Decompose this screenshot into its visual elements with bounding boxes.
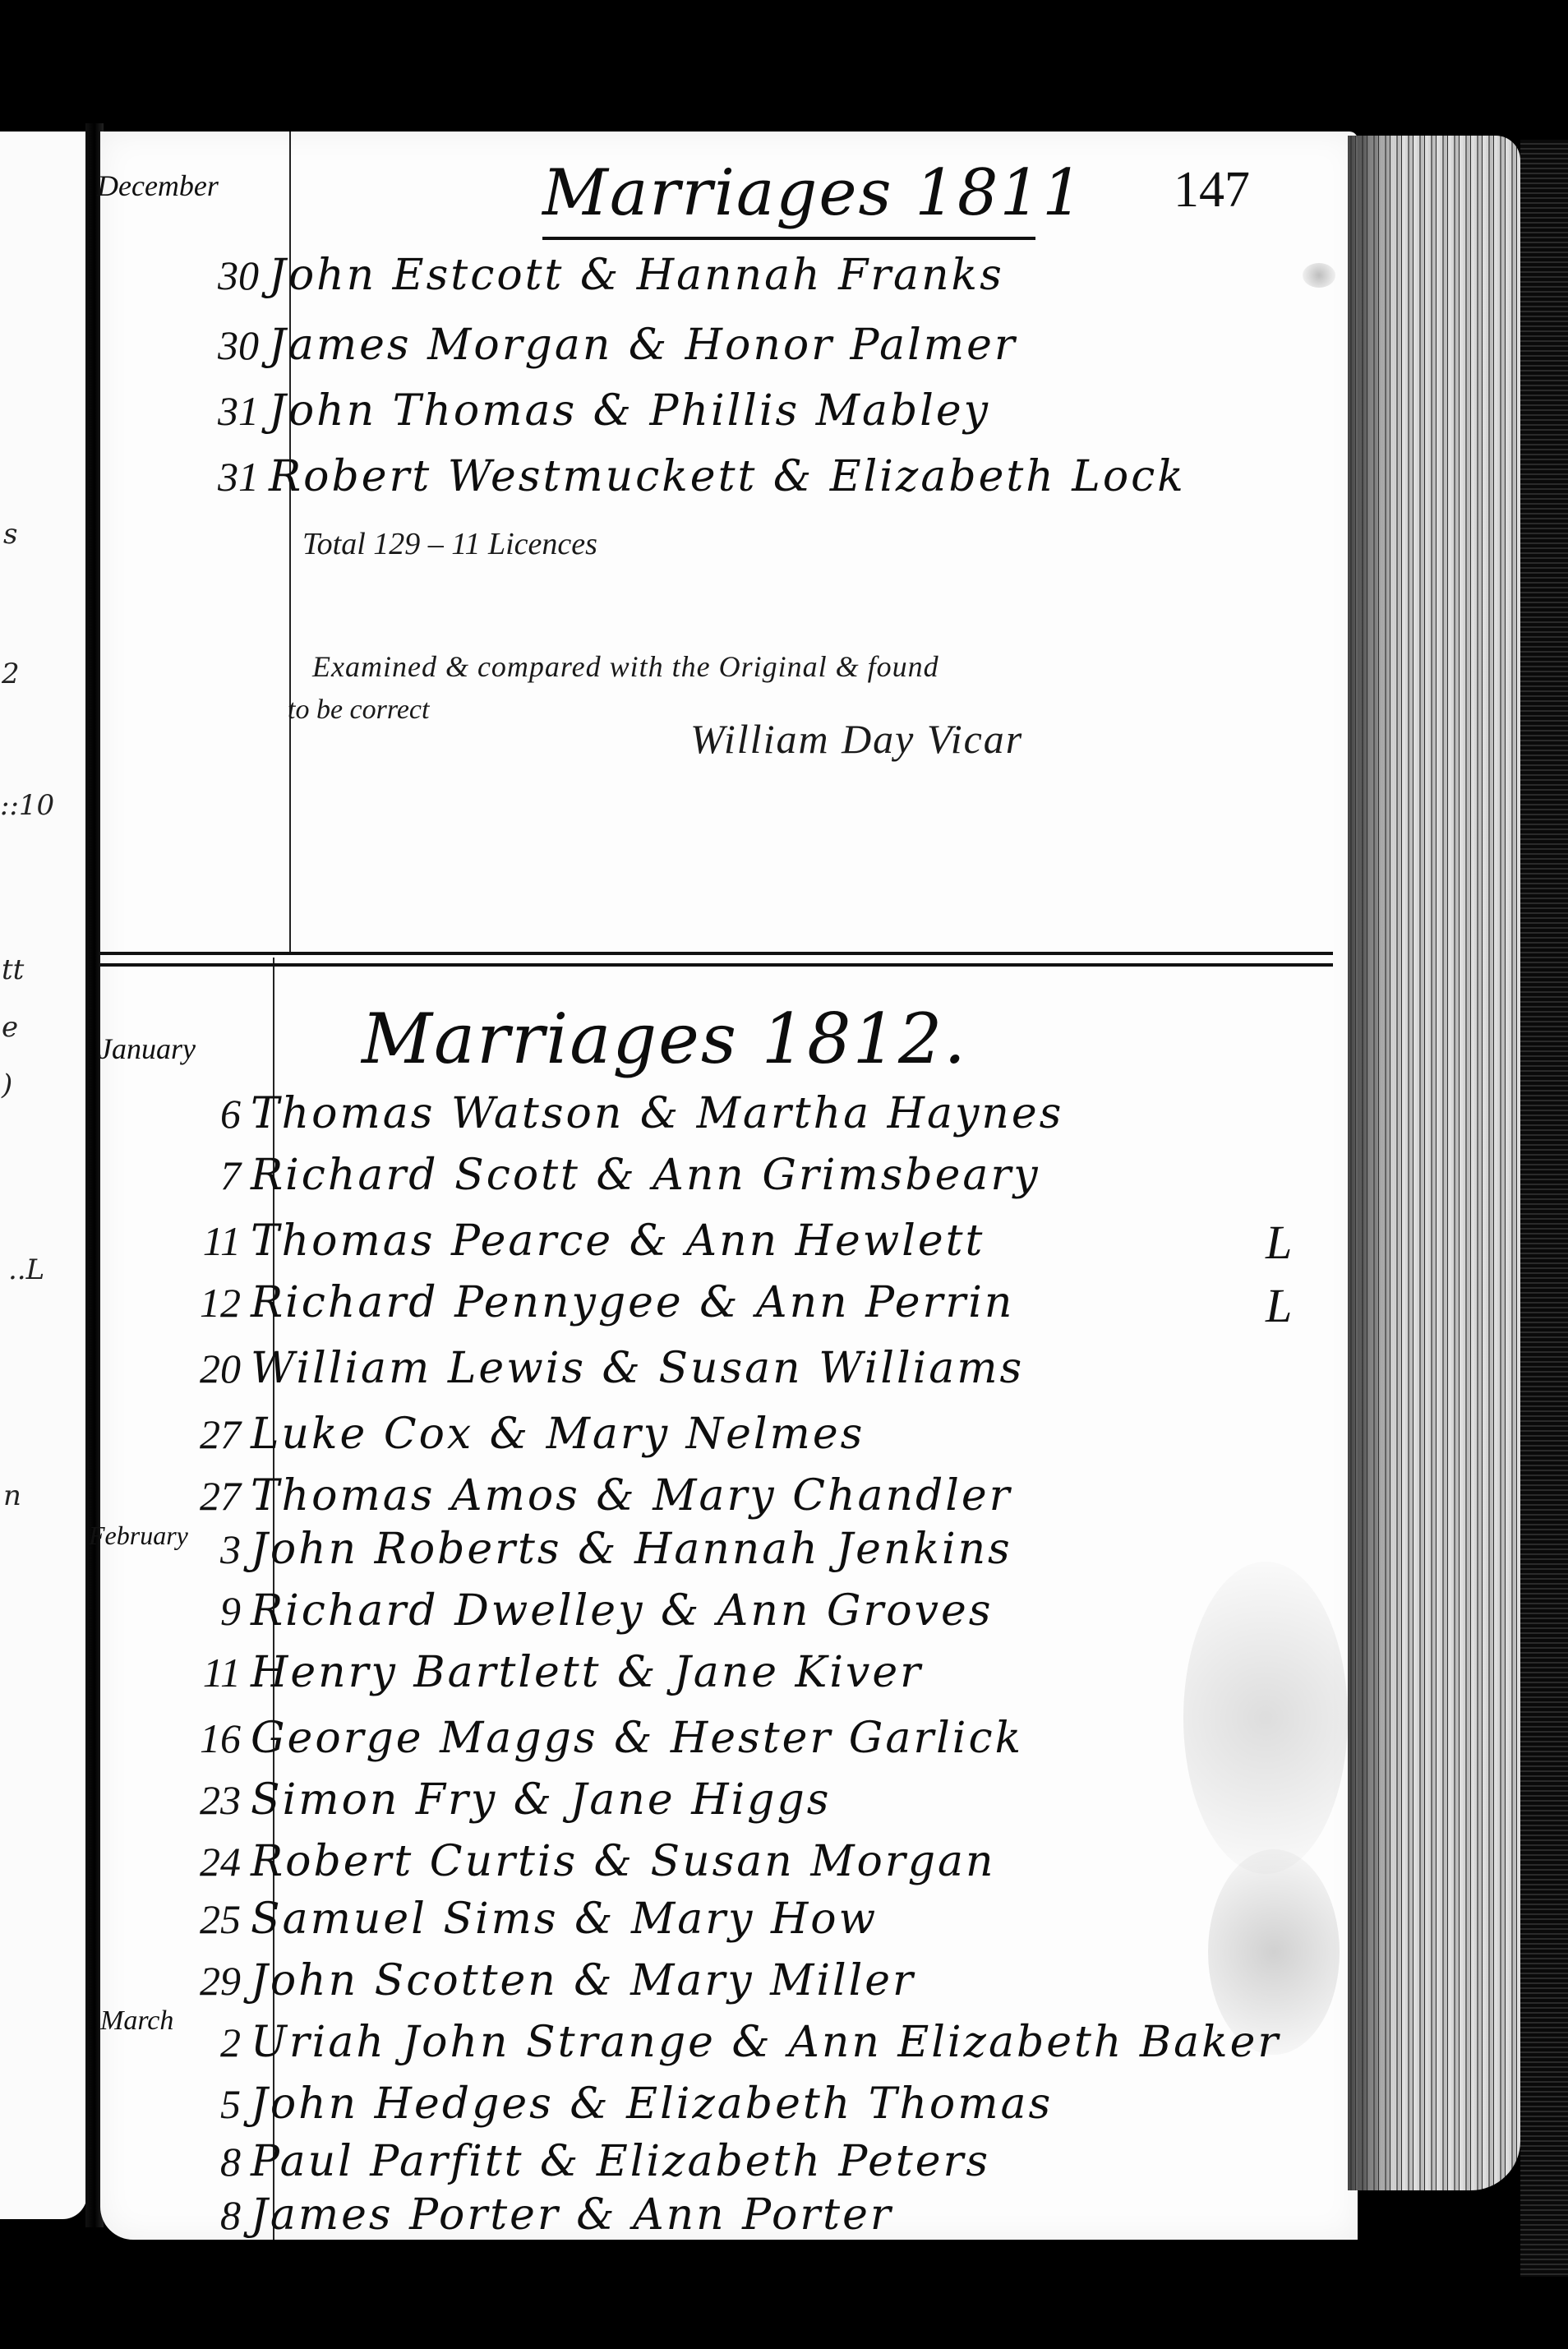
section-divider-bottom: [100, 963, 1333, 967]
entry-row: 12 Richard Pennygee & Ann Perrin: [82, 1278, 1014, 1327]
entry-day: 30: [100, 252, 269, 299]
entry-row: 30 James Morgan & Honor Palmer: [100, 321, 1017, 370]
left-facing-page: s 2 ::10 tt e ) ..L n: [0, 132, 87, 2219]
entry-day: 5: [82, 2080, 251, 2128]
entry-names: Thomas Amos & Mary Chandler: [251, 1471, 1012, 1521]
entry-row: 7 Richard Scott & Ann Grimsbeary: [82, 1151, 1040, 1200]
entry-day: 2: [82, 2019, 251, 2066]
entry-row: 31 John Thomas & Phillis Mabley: [100, 386, 990, 436]
entry-day: 8: [82, 2191, 251, 2239]
entry-day: 9: [82, 1587, 251, 1635]
entry-names: John Estcott & Hannah Franks: [269, 251, 1004, 300]
entry-names: James Morgan & Honor Palmer: [269, 321, 1017, 370]
entry-row: 9 Richard Dwelley & Ann Groves: [82, 1586, 993, 1636]
entry-row: 29 John Scotten & Mary Miller: [82, 1956, 915, 2005]
heading-underline: [542, 237, 1035, 240]
entry-names: James Porter & Ann Porter: [251, 2190, 893, 2240]
entry-names: Richard Dwelley & Ann Groves: [251, 1586, 993, 1636]
page-number: 147: [1174, 161, 1250, 219]
left-page-fragment: tt: [2, 953, 24, 986]
entry-day: 24: [82, 1838, 251, 1885]
entry-row: 24 Robert Curtis & Susan Morgan: [82, 1837, 996, 1886]
entry-names: Robert Westmuckett & Elizabeth Lock: [269, 452, 1186, 501]
entry-day: 12: [82, 1279, 251, 1327]
entry-names: John Hedges & Elizabeth Thomas: [251, 2079, 1053, 2129]
entry-row: 23 Simon Fry & Jane Higgs: [82, 1775, 831, 1825]
entry-names: Uriah John Strange & Ann Elizabeth Baker: [251, 2018, 1280, 2067]
section-divider-top: [100, 952, 1333, 955]
entry-row: 30 John Estcott & Hannah Franks: [100, 251, 1004, 300]
ink-blot: [1303, 263, 1335, 288]
entry-day: 31: [100, 387, 269, 435]
water-stain: [1183, 1562, 1348, 1874]
left-page-fragment: n: [3, 1479, 21, 1512]
entry-names: George Maggs & Hester Garlick: [251, 1714, 1023, 1763]
total-line: Total 129 – 11 Licences: [302, 526, 597, 562]
entry-day: 11: [82, 1217, 251, 1265]
left-page-fragment: s: [3, 518, 17, 551]
book-cover-edge: [1520, 140, 1568, 2277]
heading-marriages-1812: Marriages 1812.: [362, 999, 967, 1079]
vicar-signature: William Day Vicar: [690, 715, 1023, 763]
entry-row: 16 George Maggs & Hester Garlick: [82, 1714, 1023, 1763]
entry-names: John Scotten & Mary Miller: [251, 1956, 915, 2005]
entry-row: 31 Robert Westmuckett & Elizabeth Lock: [100, 452, 1186, 501]
entry-row: 8 Paul Parfitt & Elizabeth Peters: [82, 2137, 990, 2186]
entry-day: 27: [82, 1410, 251, 1458]
entry-row: 5 John Hedges & Elizabeth Thomas: [82, 2079, 1053, 2129]
entry-names: Robert Curtis & Susan Morgan: [251, 1837, 996, 1886]
entry-names: Thomas Pearce & Ann Hewlett: [251, 1216, 985, 1266]
entry-day: 7: [82, 1151, 251, 1199]
entry-day: 3: [82, 1525, 251, 1573]
entry-names: Henry Bartlett & Jane Kiver: [251, 1648, 923, 1697]
entry-day: 6: [82, 1090, 251, 1138]
entry-row: 8 James Porter & Ann Porter: [82, 2190, 893, 2240]
left-page-fragment: ): [2, 1068, 12, 1101]
entry-row: 20 William Lewis & Susan Williams: [82, 1344, 1024, 1393]
entry-day: 31: [100, 453, 269, 501]
left-page-fragment: ..L: [8, 1253, 44, 1286]
entry-day: 20: [82, 1345, 251, 1392]
left-page-fragment: ::10: [0, 789, 54, 822]
entry-day: 11: [82, 1649, 251, 1696]
left-page-fragment: 2: [2, 658, 20, 690]
month-label-january: January: [99, 1031, 196, 1066]
water-stain: [1208, 1849, 1340, 2055]
attestation-line-2: to be correct: [288, 695, 429, 726]
licence-mark: L: [1266, 1215, 1292, 1270]
left-page-fragment: e: [2, 1011, 18, 1044]
entry-names: William Lewis & Susan Williams: [251, 1344, 1024, 1393]
entry-names: Simon Fry & Jane Higgs: [251, 1775, 831, 1825]
month-label-december: December: [97, 168, 219, 203]
licence-mark: L: [1266, 1278, 1292, 1333]
heading-marriages-1811: Marriages 1811: [542, 156, 1085, 230]
entry-names: Samuel Sims & Mary How: [251, 1894, 878, 1944]
entry-names: Luke Cox & Mary Nelmes: [251, 1410, 865, 1459]
entry-names: John Thomas & Phillis Mabley: [269, 386, 990, 436]
page-edges: [1348, 136, 1520, 2190]
entry-row: 6 Thomas Watson & Martha Haynes: [82, 1089, 1063, 1138]
entry-day: 25: [82, 1895, 251, 1943]
entry-row: 11 Thomas Pearce & Ann Hewlett: [82, 1216, 985, 1266]
entry-day: 29: [82, 1957, 251, 2005]
attestation-line-1: Examined & compared with the Original & …: [312, 649, 939, 684]
entry-row: 27 Luke Cox & Mary Nelmes: [82, 1410, 865, 1459]
entry-names: Richard Scott & Ann Grimsbeary: [251, 1151, 1040, 1200]
entry-names: Paul Parfitt & Elizabeth Peters: [251, 2137, 990, 2186]
entry-names: Thomas Watson & Martha Haynes: [251, 1089, 1063, 1138]
entry-row: 25 Samuel Sims & Mary How: [82, 1894, 878, 1944]
entry-day: 8: [82, 2138, 251, 2185]
entry-names: John Roberts & Hannah Jenkins: [251, 1525, 1012, 1574]
entry-day: 27: [82, 1472, 251, 1520]
entry-row: 3 John Roberts & Hannah Jenkins: [82, 1525, 1012, 1574]
entry-day: 23: [82, 1776, 251, 1824]
entry-row: 27 Thomas Amos & Mary Chandler: [82, 1471, 1012, 1521]
entry-names: Richard Pennygee & Ann Perrin: [251, 1278, 1014, 1327]
entry-day: 16: [82, 1714, 251, 1762]
entry-row: 11 Henry Bartlett & Jane Kiver: [82, 1648, 923, 1697]
entry-row: 2 Uriah John Strange & Ann Elizabeth Bak…: [82, 2018, 1280, 2067]
entry-day: 30: [100, 321, 269, 369]
